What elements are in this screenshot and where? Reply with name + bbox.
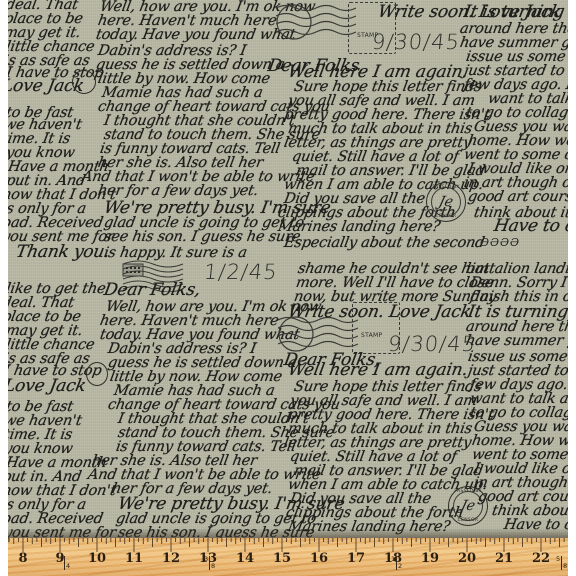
fraction-numerator: 3	[204, 556, 208, 563]
ruler-number: 10	[88, 551, 106, 566]
fraction-denominator: 4	[66, 563, 70, 570]
script-line: Write soon. Love Jack	[287, 304, 473, 321]
script-line: Thank you.	[15, 244, 111, 261]
script-line: today. Have you found what	[95, 28, 297, 43]
ruler-number: 16	[310, 551, 328, 566]
script-line: good art course.	[467, 190, 568, 205]
small-postmark-icon	[86, 362, 108, 386]
script-line: Well here I am again.	[287, 362, 470, 379]
product-photo: deal. That place to be may get it. littl…	[0, 0, 576, 576]
ruler-number: 17	[347, 551, 365, 566]
postmark-bottom-text: CENSOR	[427, 214, 465, 219]
date-stamp: 9/30/45	[371, 30, 461, 54]
ruler-number: 11	[125, 551, 143, 566]
fraction-denominator: 2	[398, 563, 402, 570]
doodle-marks: ƏƏƏƏ	[480, 236, 520, 249]
script-line: have summer gear	[465, 334, 568, 349]
fraction-bar	[209, 556, 210, 570]
censor-postmark-icon: PASSED BY Je CENSOR	[426, 182, 466, 222]
fraction-bar	[64, 556, 65, 570]
ruler-number: 14	[236, 551, 254, 566]
fraction-numerator: 1	[391, 556, 395, 563]
script-line: Marines landing here?	[277, 220, 441, 235]
fraction-bar	[396, 556, 397, 570]
ruler-number: 21	[495, 551, 513, 566]
ruler-number: 19	[421, 551, 439, 566]
script-line: her for a few days yet.	[97, 184, 260, 199]
script-line: It is turning pretty	[463, 4, 568, 21]
fraction-denominator: 8	[211, 563, 215, 570]
postmark-top-text: PASSED BY	[427, 185, 465, 190]
fraction-denominator: 8	[563, 563, 567, 570]
ruler-number: 15	[273, 551, 291, 566]
date-stamp: 1/2/45	[203, 260, 279, 284]
wavy-cancellation-icon	[276, 0, 356, 56]
ruler-number: 12	[162, 551, 180, 566]
ruler-number: 22	[532, 551, 550, 566]
date-stamp: 9/30/45	[387, 332, 477, 356]
fabric-swatch: deal. That place to be may get it. littl…	[8, 0, 568, 538]
fraction-bar	[561, 556, 562, 570]
fraction-numerator: 1	[59, 556, 63, 563]
script-line: Love Jack	[8, 378, 87, 395]
measuring-ruler: 8 9 10 11 12 13 14 15 16 17 18 19 20 21 …	[8, 538, 568, 576]
ruler-ticks	[8, 538, 568, 552]
stamp-label: STAMP	[361, 332, 382, 339]
postmark-signature: Je	[425, 194, 467, 210]
fraction-numerator: 5	[556, 556, 560, 563]
ruler-number: 8	[18, 551, 27, 566]
script-line: see his son. I guess he sure	[103, 230, 302, 245]
ruler-number: 20	[458, 551, 476, 566]
fabric-edge-shadow	[8, 528, 568, 538]
script-line: Especially about the second	[283, 236, 486, 251]
postmark-bottom-text: CENSOR	[449, 518, 487, 523]
small-postmark-icon	[72, 70, 96, 94]
script-line: Dear Folks,	[103, 282, 202, 299]
script-line: Have to close	[493, 218, 568, 235]
